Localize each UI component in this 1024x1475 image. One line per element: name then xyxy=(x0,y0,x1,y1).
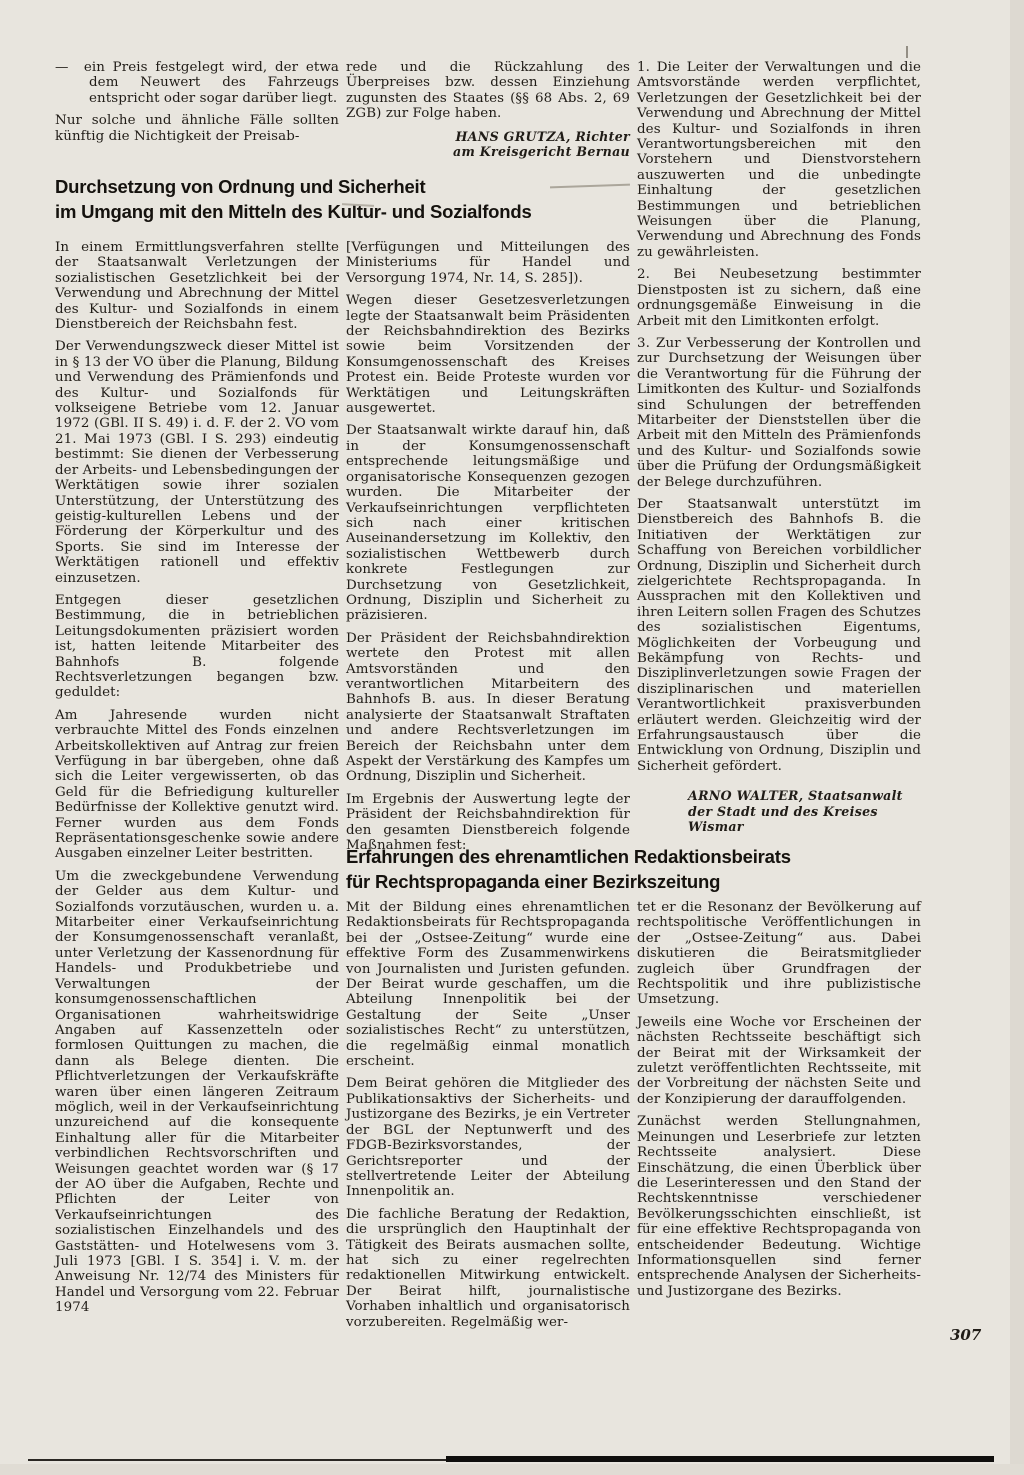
top-middle-column: rede und die Rückzahlung des Überpreises… xyxy=(346,60,630,160)
page-edge-shadow xyxy=(1010,0,1024,1475)
scanned-journal-page: { "page": { "number": "307", "paper_colo… xyxy=(0,0,1024,1475)
bottom-rule-heavy xyxy=(446,1456,994,1462)
paragraph: Mit der Bildung eines ehrenamtlichen Red… xyxy=(346,900,630,1069)
paragraph: Nur solche und ähnliche Fälle sollten kü… xyxy=(55,113,339,144)
page-number: 307 xyxy=(950,1326,981,1344)
paragraph: Entgegen dieser gesetzlichen Bestimmung,… xyxy=(55,593,339,701)
paragraph: 2. Bei Neubesetzung bestimmter Dienstpos… xyxy=(637,267,921,329)
author-signature: ARNO WALTER, Staatsanwalt der Stadt und … xyxy=(688,788,928,835)
bullet-item: — ein Preis festgelegt wird, der etwa de… xyxy=(55,60,339,106)
paragraph: Der Präsident der Reichsbahndirektion we… xyxy=(346,631,630,785)
article1-title: Durchsetzung von Ordnung und Sicherheit … xyxy=(55,174,655,224)
signature-name: HANS GRUTZA, Richter xyxy=(346,129,630,145)
paragraph: In einem Ermittlungsverfahren stellte de… xyxy=(55,240,339,332)
paragraph: 1. Die Leiter der Verwaltungen und die A… xyxy=(637,60,921,260)
article1-column-3: 1. Die Leiter der Verwaltungen und die A… xyxy=(637,60,921,781)
article2-title: Erfahrungen des ehrenamtlichen Redaktion… xyxy=(346,844,946,894)
paragraph: Der Staatsanwalt wirkte darauf hin, daß … xyxy=(346,423,630,623)
top-left-column: — ein Preis festgelegt wird, der etwa de… xyxy=(55,60,339,151)
paragraph: Die fachliche Beratung der Redaktion, di… xyxy=(346,1207,630,1330)
paragraph: 3. Zur Verbesserung der Kontrollen und z… xyxy=(637,336,921,490)
page-edge-shadow xyxy=(0,1464,1024,1475)
paragraph: Jeweils eine Woche vor Erscheinen der nä… xyxy=(637,1015,921,1107)
article2-title-line1: Erfahrungen des ehrenamtlichen Redaktion… xyxy=(346,846,791,867)
author-signature: HANS GRUTZA, Richter am Kreisgericht Ber… xyxy=(346,129,630,160)
signature-name: ARNO WALTER, Staatsanwalt xyxy=(688,788,928,804)
print-artifact xyxy=(906,46,908,58)
paragraph: Zunächst werden Stellungnahmen, Meinunge… xyxy=(637,1114,921,1299)
article2-column-2: tet er die Resonanz der Bevölkerung auf … xyxy=(637,900,921,1306)
paragraph: Wegen dieser Gesetzesverletzungen legte … xyxy=(346,293,630,416)
paragraph: rede und die Rückzahlung des Überpreises… xyxy=(346,60,630,122)
article1-column-2: [Verfügungen und Mitteilungen des Minist… xyxy=(346,240,630,860)
article2-title-line2: für Rechtspropaganda einer Bezirkszeitun… xyxy=(346,871,720,892)
paragraph: Um die zweckgebundene Verwendung der Gel… xyxy=(55,869,339,1316)
paragraph: Am Jahresende wurden nicht verbrauchte M… xyxy=(55,708,339,862)
paragraph: Dem Beirat gehören die Mitglieder des Pu… xyxy=(346,1076,630,1199)
paragraph: tet er die Resonanz der Bevölkerung auf … xyxy=(637,900,921,1008)
article1-title-line2: im Umgang mit den Mitteln des Kultur- un… xyxy=(55,201,532,222)
article1-column-1: In einem Ermittlungsverfahren stellte de… xyxy=(55,240,339,1323)
paragraph: Der Staatsanwalt unterstützt im Dienstbe… xyxy=(637,497,921,774)
paragraph: [Verfügungen und Mitteilungen des Minist… xyxy=(346,240,630,286)
signature-role: am Kreisgericht Bernau xyxy=(346,144,630,160)
bottom-rule xyxy=(28,1459,448,1461)
article1-title-line1: Durchsetzung von Ordnung und Sicherheit xyxy=(55,176,425,197)
signature-role: der Stadt und des Kreises Wismar xyxy=(688,804,928,835)
article2-column-1: Mit der Bildung eines ehrenamtlichen Red… xyxy=(346,900,630,1337)
paragraph: Der Verwendungszweck dieser Mittel ist i… xyxy=(55,339,339,586)
